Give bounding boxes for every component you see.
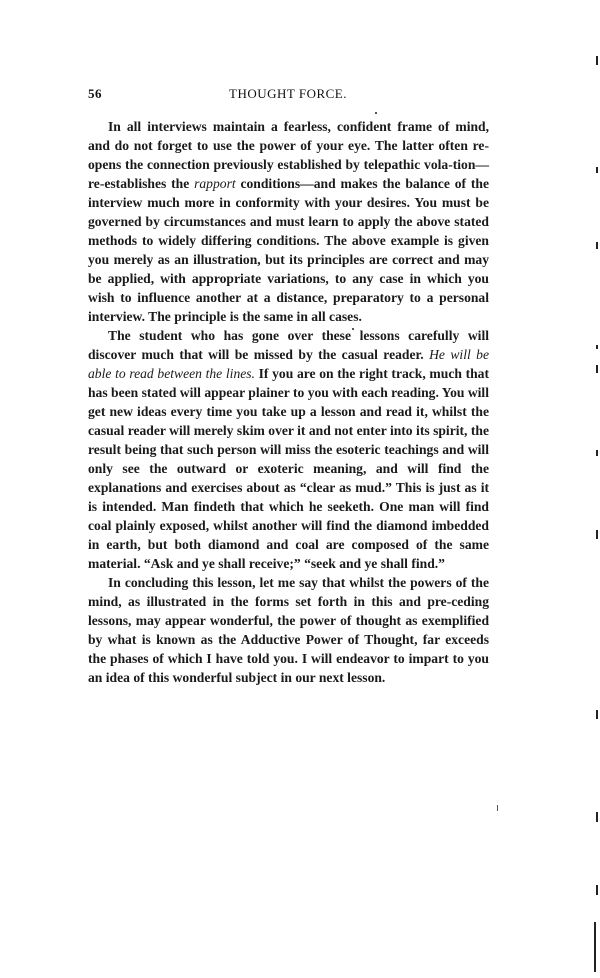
scan-edge-mark: [596, 885, 598, 895]
scan-edge-mark: [596, 812, 598, 822]
paragraph-text: If you are on the right track, much that…: [88, 366, 489, 571]
paragraph-text: conditions—and makes the balance of the …: [88, 176, 489, 324]
book-page: 56 THOUGHT FORCE. In all interviews main…: [0, 0, 600, 978]
scan-edge-mark: [596, 242, 598, 249]
scan-edge-mark: [596, 167, 598, 173]
scan-speck: [352, 328, 354, 330]
scan-edge-mark: [594, 922, 596, 972]
scan-edge-mark: [596, 56, 598, 65]
scan-edge-mark: [596, 710, 598, 719]
running-title: THOUGHT FORCE.: [88, 86, 488, 102]
paragraph-1: In all interviews maintain a fearless, c…: [88, 117, 489, 326]
scan-edge-mark: [596, 365, 598, 373]
scan-speck: [497, 805, 498, 811]
paragraph-text: In concluding this lesson, let me say th…: [88, 575, 489, 685]
scan-edge-mark: [596, 530, 598, 539]
paragraph-3: In concluding this lesson, let me say th…: [88, 573, 489, 687]
italic-term: rapport: [194, 176, 236, 191]
scan-edge-mark: [596, 450, 598, 456]
scan-edge-mark: [596, 345, 598, 349]
body-text: In all interviews maintain a fearless, c…: [88, 117, 489, 687]
scan-speck: [375, 112, 377, 114]
page-header: 56 THOUGHT FORCE.: [88, 86, 488, 106]
paragraph-2: The student who has gone over these less…: [88, 326, 489, 573]
